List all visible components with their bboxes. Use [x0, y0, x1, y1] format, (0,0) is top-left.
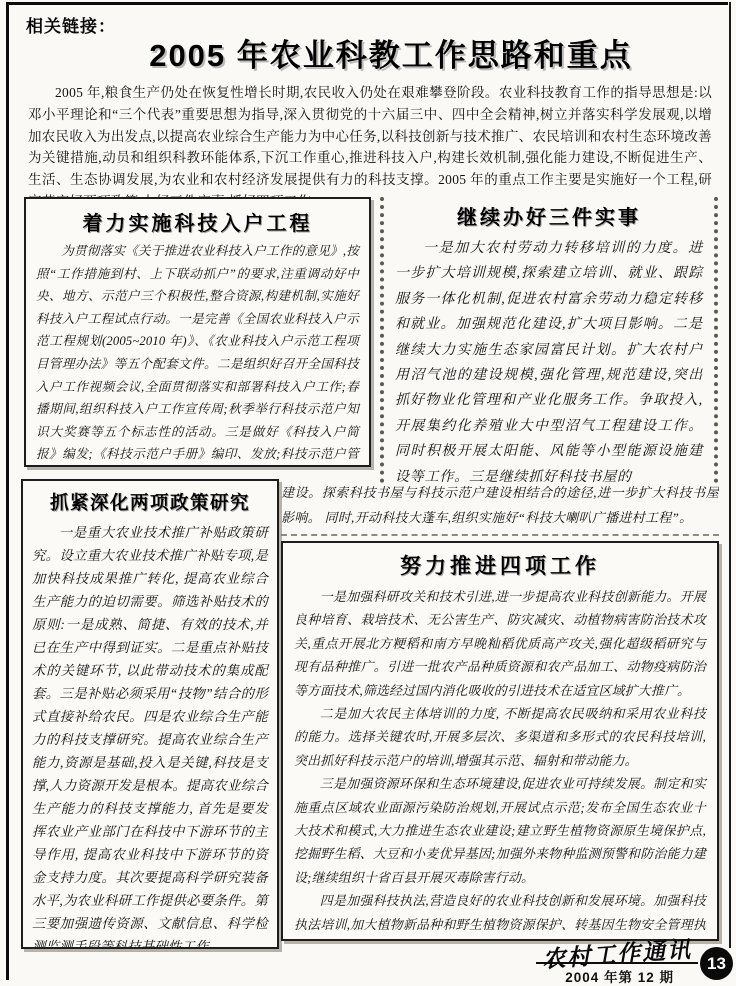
intro-paragraph: 2005 年,粮食生产仍处在恢复性增长时期,农民收入仍处在艰难攀登阶段。农业科技… [28, 82, 712, 213]
section-four-works-box: 努力推进四项工作 一是加强科研攻关和技术引进,进一步提高农业科技创新能力。开展良… [281, 541, 719, 941]
section-three-tasks-continuation: 建设。探索科技书屋与科技示范户建设相结合的途径,进一步扩大科技书屋影响。 同时,… [281, 480, 719, 534]
issue-label: 2004 年第 12 期 [565, 966, 674, 986]
page-border-left [6, 2, 9, 980]
divider-line [281, 534, 719, 536]
section-two-policies-body: 一是重大农业技术推广补贴政策研究。设立重大农业技术推广补贴专项,是加快科技成果推… [32, 521, 268, 949]
section-four-works-para-3: 三是加强资源环保和生态环境建设,促进农业可持续发展。制定和实施重点区域农业面源污… [294, 773, 706, 890]
page-border-top [8, 2, 728, 5]
page-number-badge: 13 [700, 947, 733, 980]
page-title: 2005 年农业科教工作思路和重点 [60, 30, 722, 75]
section-tech-to-household-title: 着力实施科技入户工程 [36, 207, 359, 236]
section-two-policies-box: 抓紧深化两项政策研究 一是重大农业技术推广补贴政策研究。设立重大农业技术推广补贴… [21, 479, 279, 949]
section-tech-to-household-body: 为贯彻落实《关于推进农业科技入户工作的意见》,按照“工作措施到村、上下联动抓户”… [36, 240, 359, 467]
magazine-page: 相关链接： 2005 年农业科教工作思路和重点 2005 年,粮食生产仍处在恢复… [0, 0, 736, 986]
section-four-works-para-2: 二是加大农民主体培训的力度, 不断提高农民吸纳和采用农业科技的能力。选择关键农时… [294, 703, 706, 773]
section-three-tasks-box: 继续办好三件实事 一是加大农村劳动力转移培训的力度。进一步扩大培训规模,探索建立… [380, 197, 718, 483]
page-border-right [729, 2, 731, 948]
section-three-tasks-body: 一是加大农村劳动力转移培训的力度。进一步扩大培训规模,探索建立培训、就业、跟踪服… [395, 236, 703, 483]
section-four-works-para-1: 一是加强科研攻关和技术引进,进一步提高农业科技创新能力。开展良种培育、栽培技术、… [294, 586, 706, 703]
section-two-policies-title: 抓紧深化两项政策研究 [32, 489, 268, 515]
section-four-works-title: 努力推进四项工作 [294, 550, 706, 580]
section-tech-to-household-box: 着力实施科技入户工程 为贯彻落实《关于推进农业科技入户工作的意见》,按照“工作措… [24, 197, 371, 467]
section-three-tasks-title: 继续办好三件实事 [395, 201, 703, 230]
footer-rule [536, 962, 698, 964]
